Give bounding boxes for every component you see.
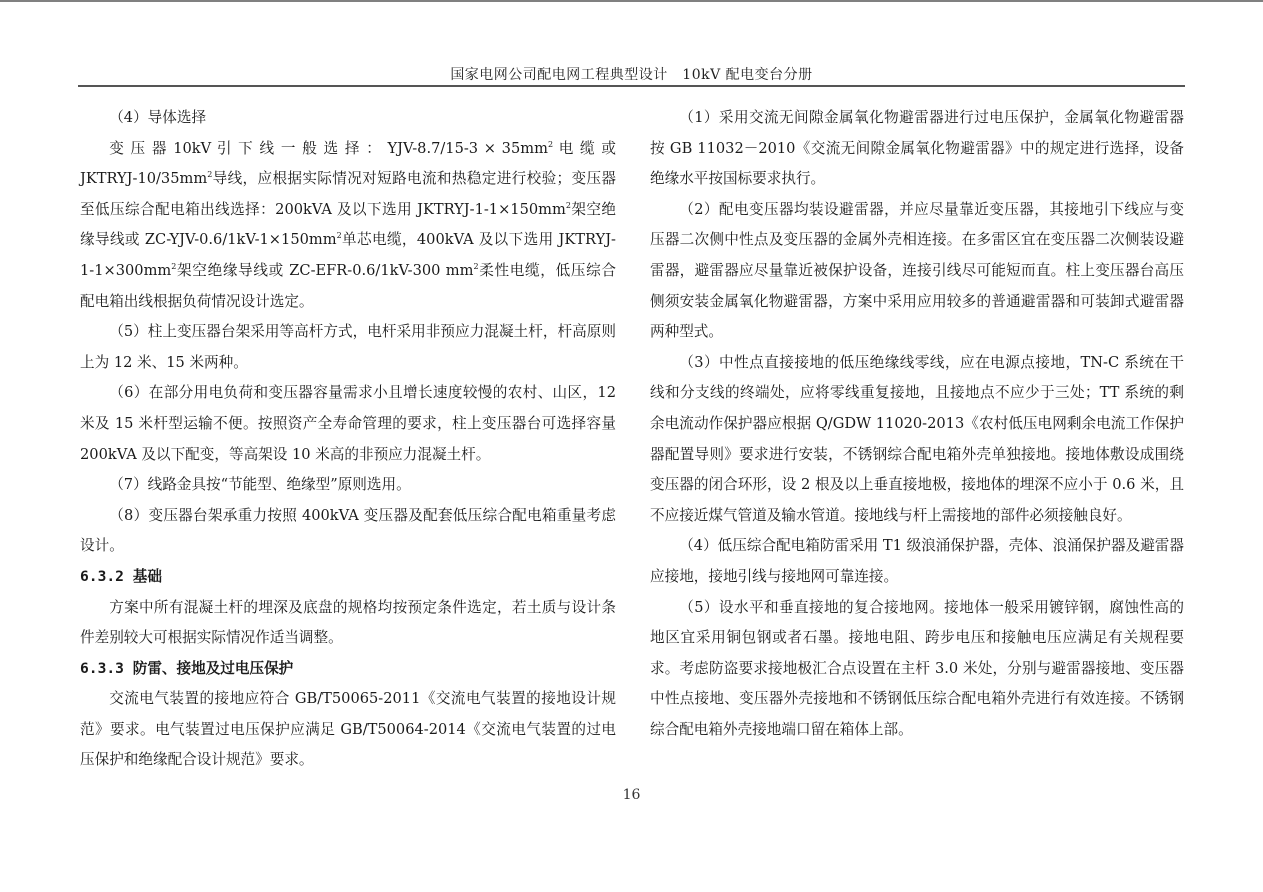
top-border xyxy=(0,0,1263,2)
paragraph-grounding-grid: （5）设水平和垂直接地的复合接地网。接地体一般采用镀锌钢，腐蚀性高的地区宜采用铜… xyxy=(650,593,1184,746)
item-heading-conductor: （4）导体选择 xyxy=(80,103,616,134)
text-fragment: 变 压 器 10kV 引 下 线 一 般 选 择 ： YJV-8.7/15-3 … xyxy=(109,140,548,157)
paragraph-grounding-standards: 交流电气装置的接地应符合 GB/T50065-2011《交流电气装置的接地设计规… xyxy=(80,684,616,776)
paragraph-arrester-selection: （1）采用交流无间隙金属氧化物避雷器进行过电压保护，金属氧化物避雷器按 GB 1… xyxy=(650,103,1184,195)
section-heading-foundation: 6.3.2 基础 xyxy=(80,562,616,593)
section-number: 6.3.2 xyxy=(80,568,124,585)
paragraph-rural-areas: （6）在部分用电负荷和变压器容量需求小且增长速度较慢的农村、山区，12 米及 1… xyxy=(80,378,616,470)
left-column: （4）导体选择 变 压 器 10kV 引 下 线 一 般 选 择 ： YJV-8… xyxy=(80,103,616,776)
paragraph-load-bearing: （8）变压器台架承重力按照 400kVA 变压器及配套低压综合配电箱重量考虑设计… xyxy=(80,501,616,562)
right-column: （1）采用交流无间隙金属氧化物避雷器进行过电压保护，金属氧化物避雷器按 GB 1… xyxy=(650,103,1184,745)
paragraph-fittings: （7）线路金具按“节能型、绝缘型”原则选用。 xyxy=(80,470,616,501)
paragraph-surge-protector: （4）低压综合配电箱防雷采用 T1 级浪涌保护器，壳体、浪涌保护器及避雷器应接地… xyxy=(650,531,1184,592)
text-fragment: 架空绝缘导线或 ZC-EFR-0.6/1kV-300 mm xyxy=(176,262,473,279)
paragraph-arrester-installation: （2）配电变压器均装设避雷器，并应尽量靠近变压器，其接地引下线应与变压器二次侧中… xyxy=(650,195,1184,348)
page-number: 16 xyxy=(0,787,1263,803)
section-number: 6.3.3 xyxy=(80,660,124,677)
paragraph-neutral-grounding: （3）中性点直接接地的低压绝缘线零线，应在电源点接地，TN-C 系统在干线和分支… xyxy=(650,348,1184,532)
paragraph-foundation: 方案中所有混凝土杆的埋深及底盘的规格均按预定条件选定，若土质与设计条件差别较大可… xyxy=(80,593,616,654)
section-title: 基础 xyxy=(133,568,162,585)
paragraph-conductor-selection: 变 压 器 10kV 引 下 线 一 般 选 择 ： YJV-8.7/15-3 … xyxy=(80,134,616,318)
header-divider xyxy=(78,85,1185,87)
section-heading-lightning: 6.3.3 防雷、接地及过电压保护 xyxy=(80,654,616,685)
paragraph-pole-height: （5）柱上变压器台架采用等高杆方式，电杆采用非预应力混凝土杆，杆高原则上为 12… xyxy=(80,317,616,378)
running-header: 国家电网公司配电网工程典型设计 10kV 配电变台分册 xyxy=(78,64,1185,84)
section-title: 防雷、接地及过电压保护 xyxy=(133,660,294,677)
